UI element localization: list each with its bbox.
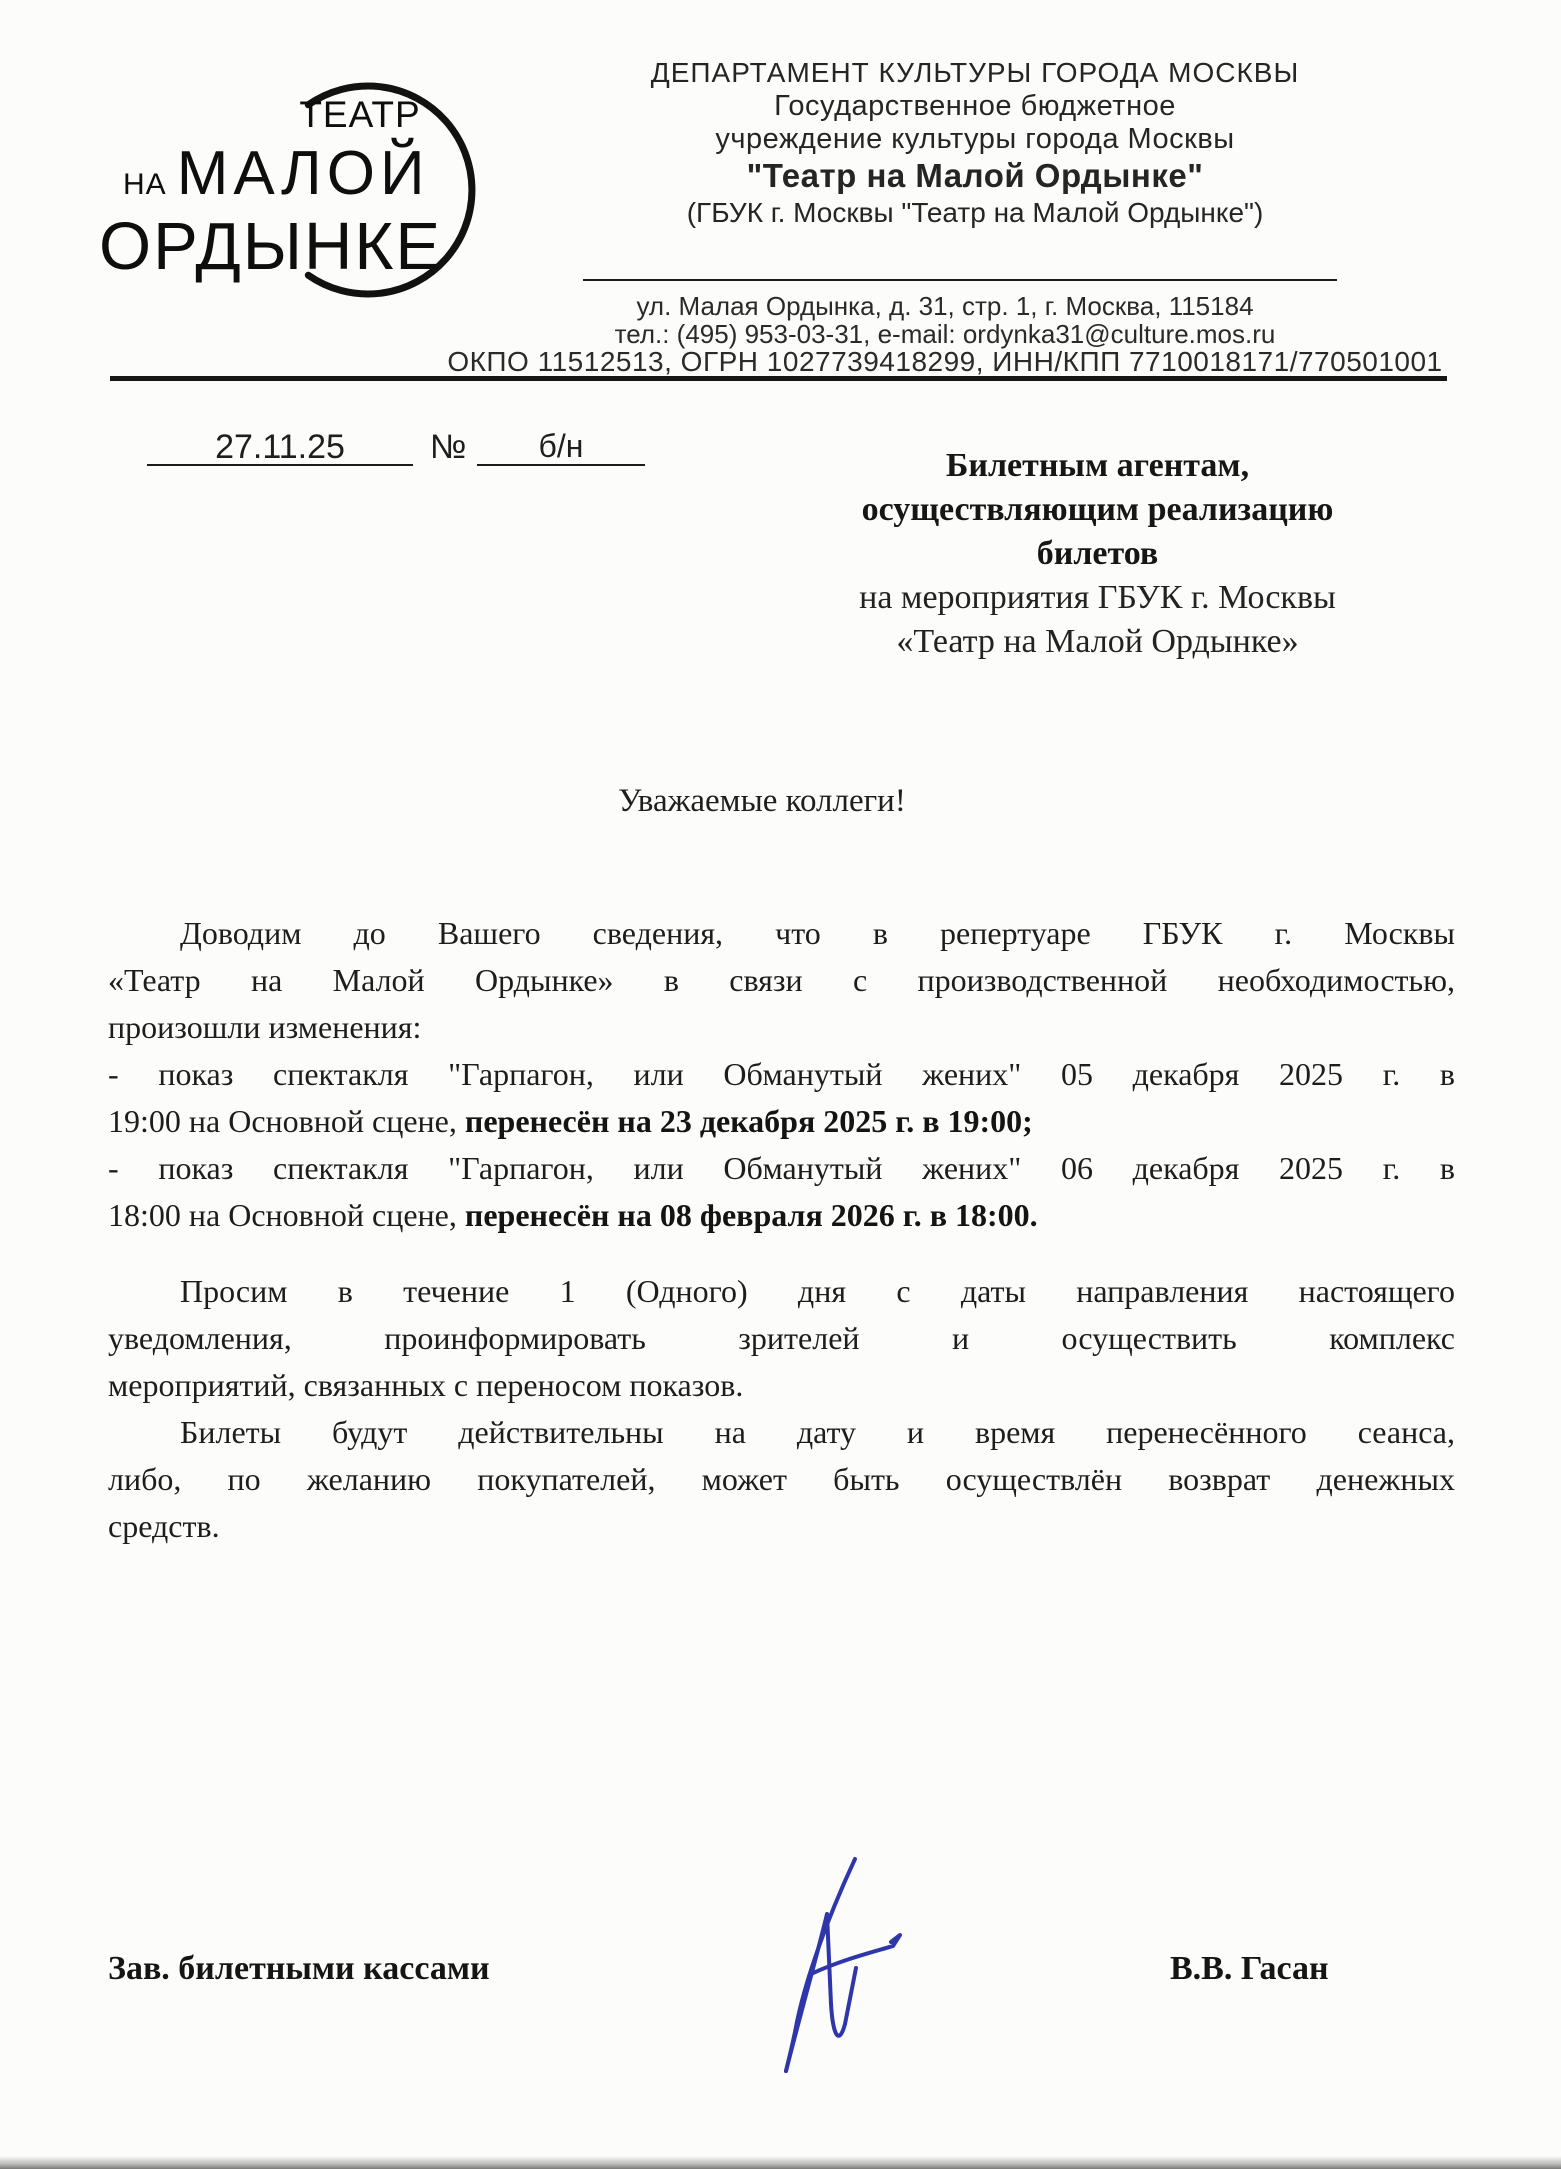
body-line: Билеты будут действительны на дату и вре… bbox=[108, 1409, 1455, 1456]
greeting: Уважаемые коллеги! bbox=[92, 783, 1432, 820]
org-gbuk-line: (ГБУК г. Москвы "Театр на Малой Ордынке"… bbox=[555, 196, 1395, 230]
body-line: либо, по желанию покупателей, может быть… bbox=[108, 1456, 1455, 1503]
number-sign: № bbox=[430, 428, 466, 467]
logo-word-teatr: ТЕАТР bbox=[285, 94, 435, 136]
body-line: «Театр на Малой Ордынке» в связи с произ… bbox=[108, 957, 1455, 1004]
org-type-line-2: учреждение культуры города Москвы bbox=[555, 123, 1395, 156]
addressee-block: Билетным агентам, осуществляющим реализа… bbox=[810, 444, 1385, 664]
theater-logo: ТЕАТР НА МАЛОЙ ОРДЫНКЕ bbox=[95, 58, 505, 298]
header-divider-thin bbox=[583, 279, 1337, 281]
letter-page: ТЕАТР НА МАЛОЙ ОРДЫНКЕ ДЕПАРТАМЕНТ КУЛЬТ… bbox=[0, 0, 1561, 2169]
org-block: ДЕПАРТАМЕНТ КУЛЬТУРЫ ГОРОДА МОСКВЫ Госуд… bbox=[555, 56, 1395, 230]
body-line-text: 19:00 на Основной сцене, bbox=[108, 1103, 465, 1139]
body-line: средств. bbox=[108, 1503, 1455, 1550]
address-block: ул. Малая Ордынка, д. 31, стр. 1, г. Мос… bbox=[390, 292, 1500, 375]
body-line: - показ спектакля "Гарпагон, или Обманут… bbox=[108, 1051, 1455, 1098]
body-line: мероприятий, связанных с переносом показ… bbox=[108, 1362, 1455, 1409]
signer-name: В.В. Гасан bbox=[1170, 1950, 1329, 1988]
org-name-line: "Театр на Малой Ордынке" bbox=[555, 156, 1395, 196]
signer-position: Зав. билетными кассами bbox=[108, 1950, 490, 1988]
logo-word-maloy: МАЛОЙ bbox=[177, 138, 430, 209]
address-codes-line: ОКПО 11512513, ОГРН 1027739418299, ИНН/К… bbox=[390, 348, 1500, 375]
body-paragraphs-changes: Доводим до Вашего сведения, что в реперт… bbox=[108, 910, 1455, 1239]
body-line: произошли изменения: bbox=[108, 1004, 1455, 1051]
logo-line-na-maloy: НА МАЛОЙ bbox=[123, 138, 430, 209]
body-line-bold: перенесён на 23 декабря 2025 г. в 19:00; bbox=[465, 1103, 1033, 1139]
body-line: уведомления, проинформировать зрителей и… bbox=[108, 1315, 1455, 1362]
address-street-line: ул. Малая Ордынка, д. 31, стр. 1, г. Мос… bbox=[390, 292, 1500, 320]
addressee-line-2: осуществляющим реализацию bbox=[810, 488, 1385, 532]
body-line: Просим в течение 1 (Одного) дня с даты н… bbox=[108, 1268, 1455, 1315]
signature-scribble bbox=[745, 1856, 925, 2076]
number-underline bbox=[477, 464, 645, 466]
body-paragraphs-instructions: Просим в течение 1 (Одного) дня с даты н… bbox=[108, 1268, 1455, 1550]
body-line-bold: перенесён на 08 февраля 2026 г. в 18:00. bbox=[465, 1197, 1038, 1233]
body-line: - показ спектакля "Гарпагон, или Обманут… bbox=[108, 1145, 1455, 1192]
body-line: 18:00 на Основной сцене, перенесён на 08… bbox=[108, 1192, 1455, 1239]
letter-date: 27.11.25 bbox=[147, 428, 413, 467]
org-dept-line: ДЕПАРТАМЕНТ КУЛЬТУРЫ ГОРОДА МОСКВЫ bbox=[555, 56, 1395, 90]
date-underline bbox=[147, 464, 413, 466]
letter-number: б/н bbox=[477, 428, 645, 465]
addressee-line-4: на мероприятия ГБУК г. Москвы bbox=[810, 576, 1385, 620]
logo-word-ordynke: ОРДЫНКЕ bbox=[99, 208, 442, 285]
logo-word-na: НА bbox=[123, 168, 167, 202]
address-contacts-line: тел.: (495) 953-03-31, e-mail: ordynka31… bbox=[390, 320, 1500, 348]
scan-bottom-edge bbox=[0, 2156, 1561, 2169]
body-line-text: 18:00 на Основной сцене, bbox=[108, 1197, 465, 1233]
body-line: 19:00 на Основной сцене, перенесён на 23… bbox=[108, 1098, 1455, 1145]
body-line: Доводим до Вашего сведения, что в реперт… bbox=[108, 910, 1455, 957]
addressee-line-1: Билетным агентам, bbox=[810, 444, 1385, 488]
addressee-line-5: «Театр на Малой Ордынке» bbox=[810, 620, 1385, 664]
addressee-line-3: билетов bbox=[810, 532, 1385, 576]
org-type-line-1: Государственное бюджетное bbox=[555, 90, 1395, 123]
header-divider-thick bbox=[110, 376, 1447, 381]
